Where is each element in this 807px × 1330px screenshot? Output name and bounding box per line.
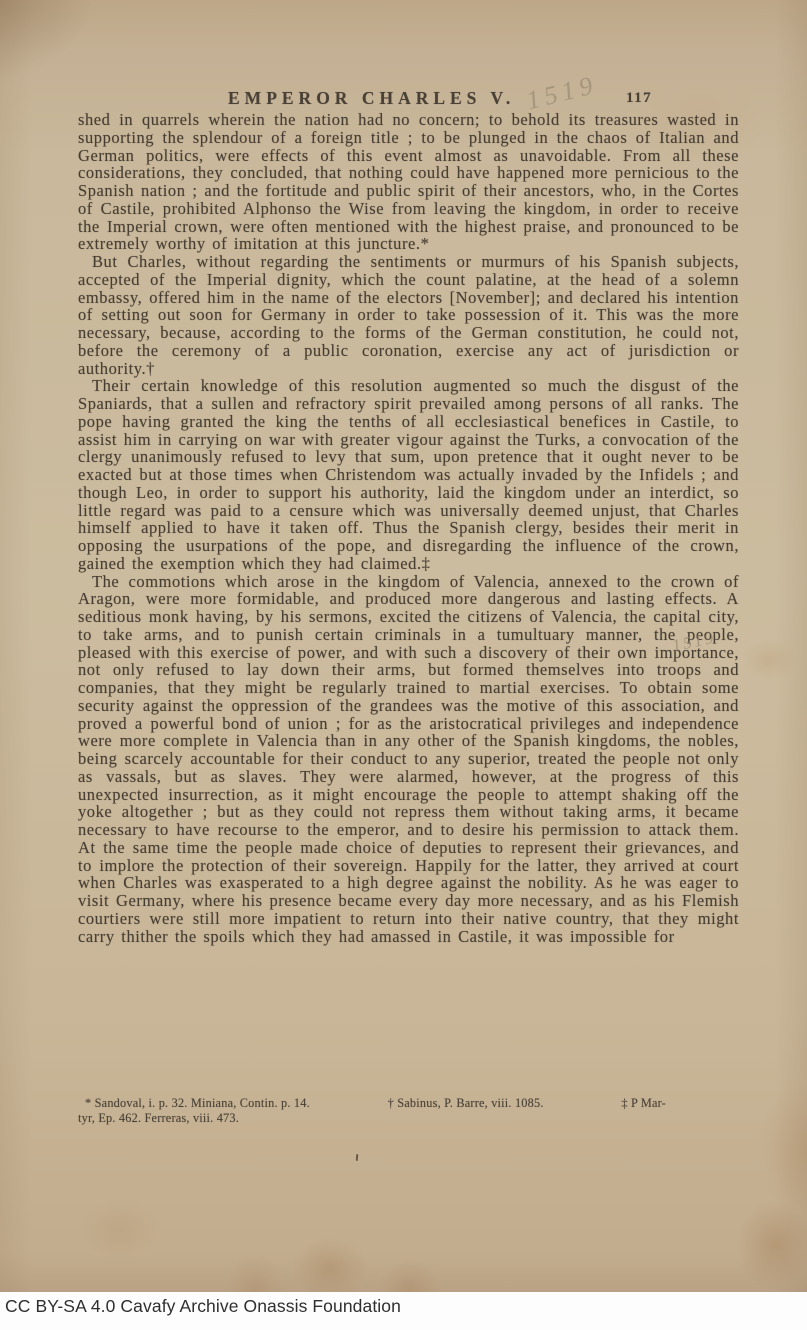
page-number: 117 <box>626 90 652 107</box>
paragraph-2: But Charles, without regarding the senti… <box>78 253 739 377</box>
footnote-sandoval: * Sandoval, i. p. 32. Miniana, Contin. p… <box>78 1096 310 1111</box>
paragraph-1: shed in quarrels wherein the nation had … <box>78 111 739 253</box>
book-page-scan: EMPEROR CHARLES V. 1519 117 shed in quar… <box>0 0 807 1292</box>
license-text: CC BY-SA 4.0 Cavafy Archive Onassis Foun… <box>0 1292 807 1317</box>
footnotes: * Sandoval, i. p. 32. Miniana, Contin. p… <box>78 1096 666 1126</box>
footnote-martyr: ‡ P Mar- <box>621 1096 666 1111</box>
page-body: shed in quarrels wherein the nation had … <box>78 111 739 945</box>
paragraph-4: The commotions which arose in the kingdo… <box>78 573 739 946</box>
footnote-line-1: * Sandoval, i. p. 32. Miniana, Contin. p… <box>78 1096 666 1111</box>
footnote-sabinus: † Sabinus, P. Barre, viii. 1085. <box>388 1096 544 1111</box>
paper-speck <box>356 1154 358 1161</box>
running-title: EMPEROR CHARLES V. <box>228 88 515 109</box>
footnote-line-2: tyr, Ep. 462. Ferreras, viii. 473. <box>78 1111 666 1126</box>
license-bar: CC BY-SA 4.0 Cavafy Archive Onassis Foun… <box>0 1292 807 1330</box>
paragraph-3: Their certain knowledge of this resoluti… <box>78 377 739 572</box>
